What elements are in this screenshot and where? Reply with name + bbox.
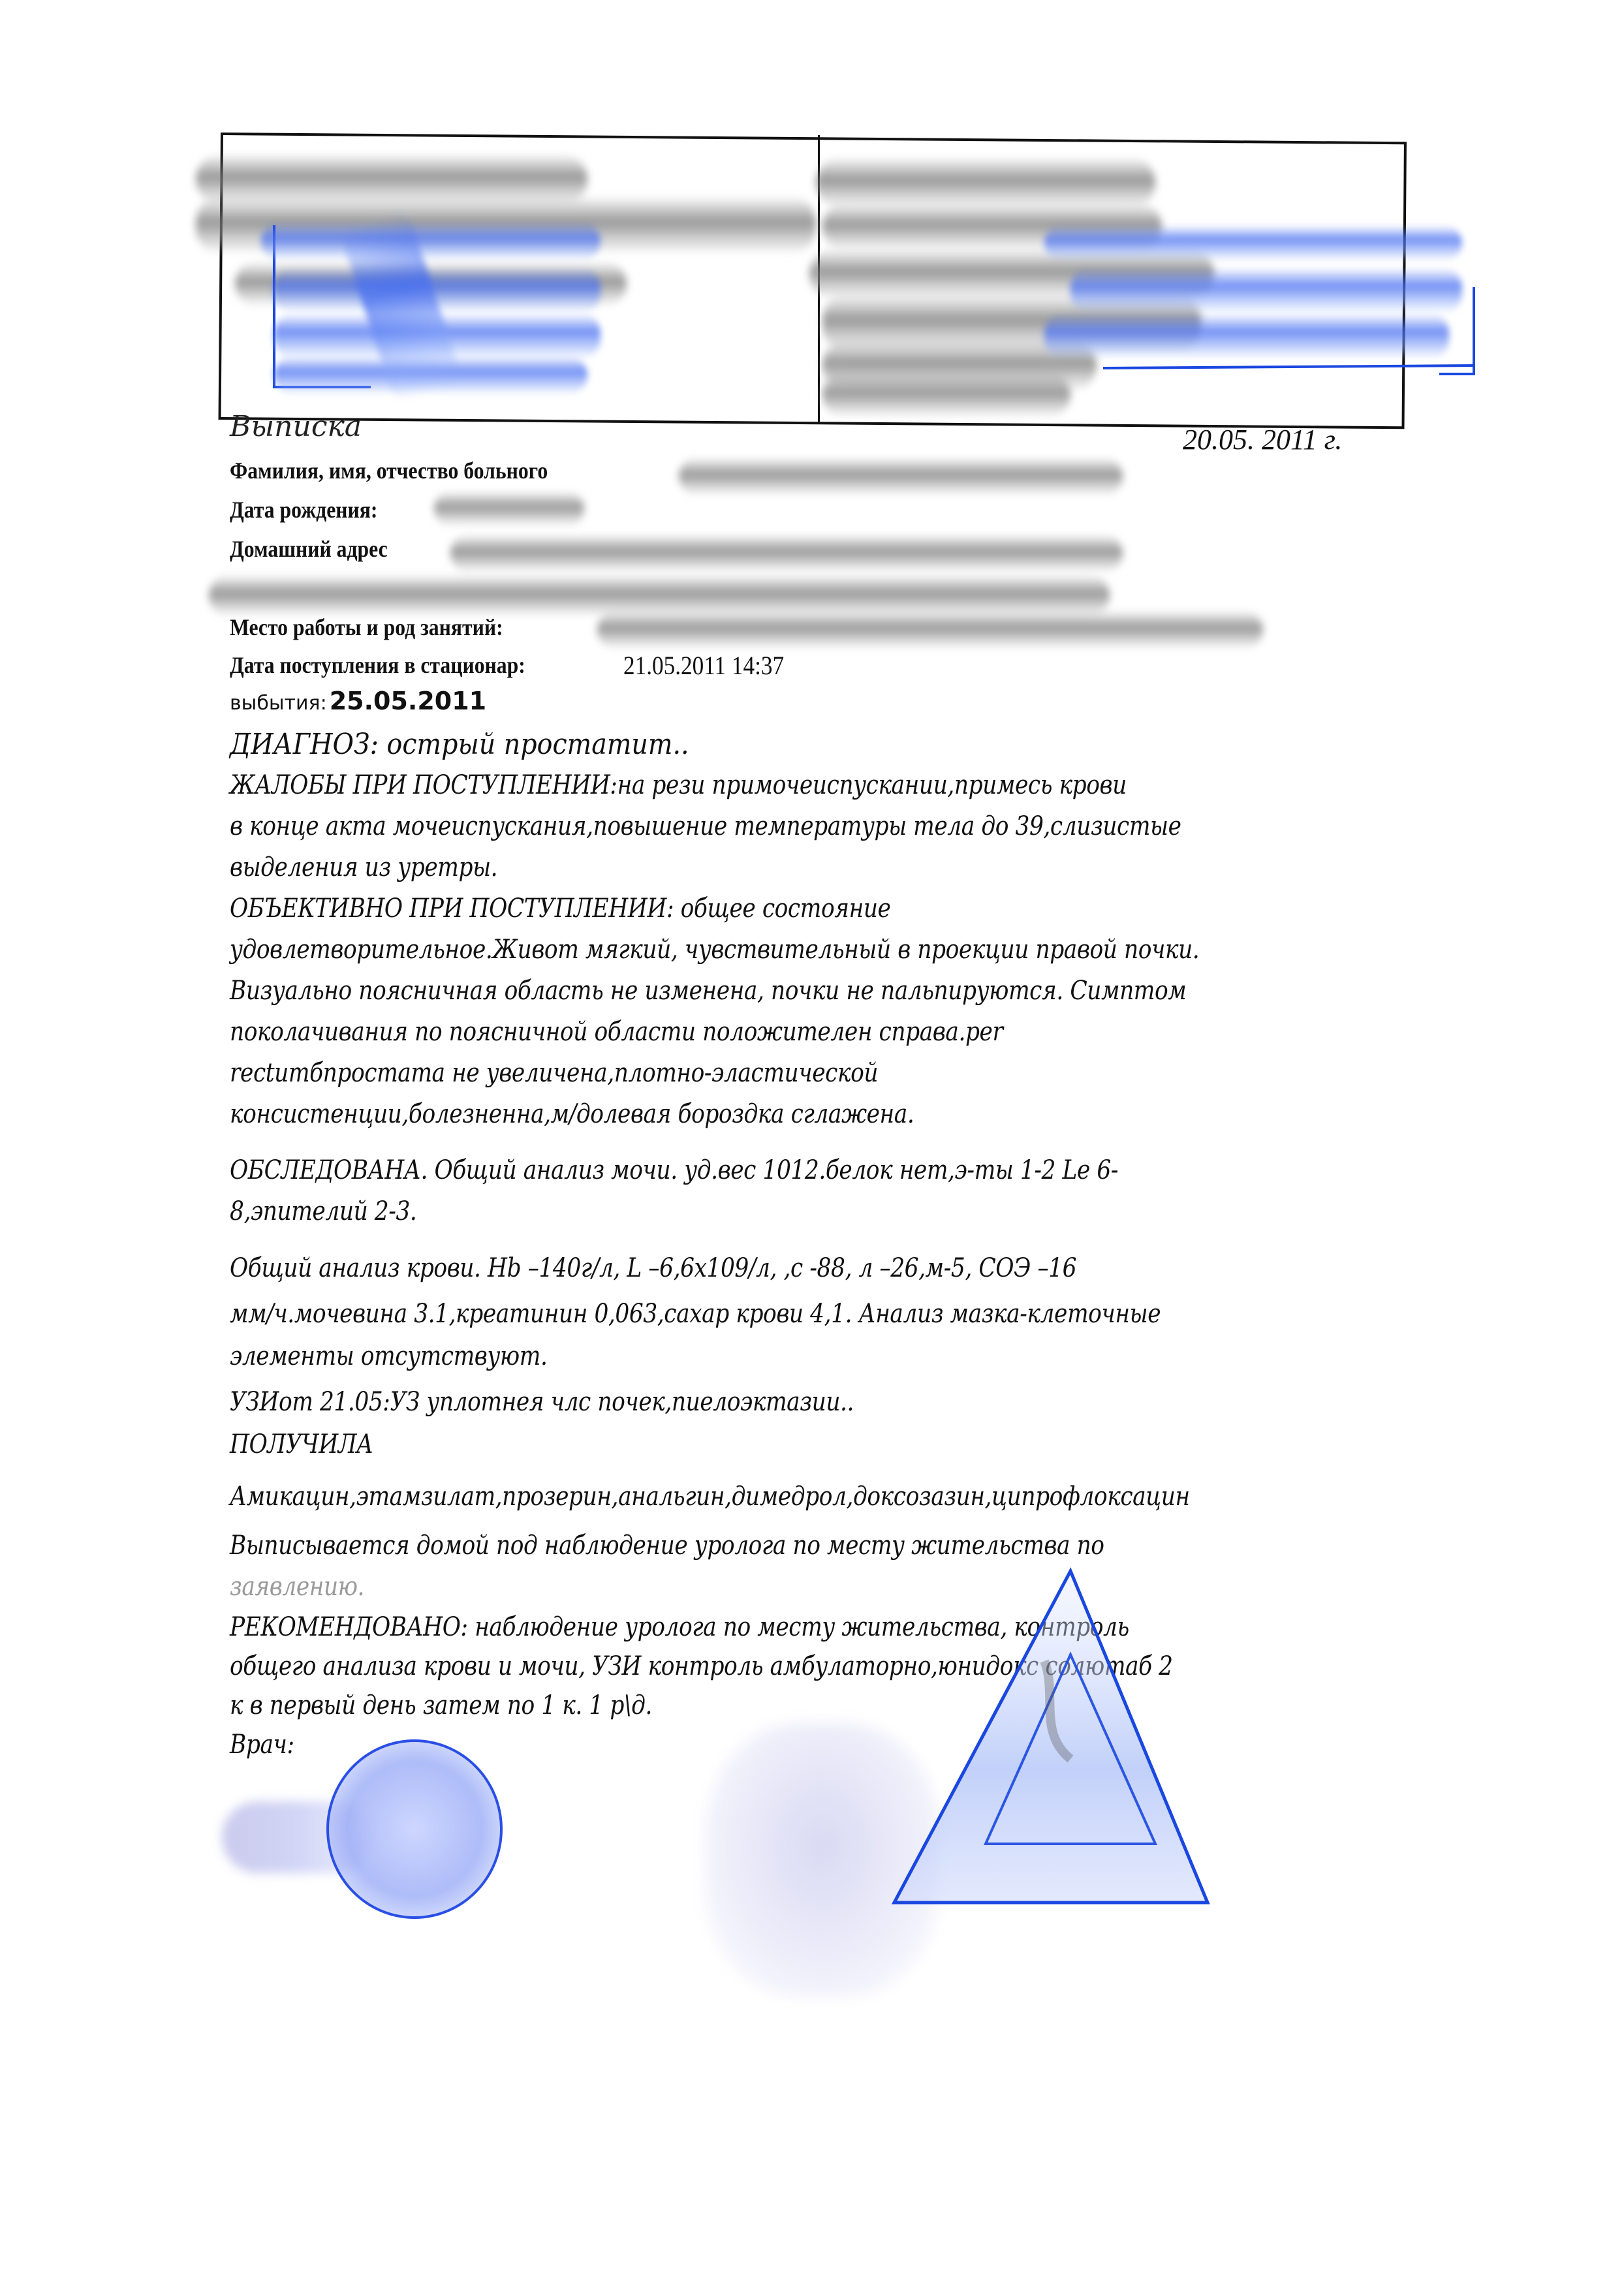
- issue-date: 20.05. 2011 г.: [1183, 423, 1342, 456]
- admission-row: Дата поступления в стационар:: [230, 651, 566, 679]
- round-stamp-icon: [326, 1739, 503, 1919]
- body-line: Выписывается домой под наблюдение уролог…: [230, 1531, 1104, 1561]
- body-line: в конце акта мочеиспускания,повышение те…: [230, 811, 1181, 841]
- discharge-label: выбытия:: [230, 692, 327, 715]
- address-redaction-1: [450, 534, 1123, 573]
- body-line: УЗИот 21.05:УЗ уплотнея члс почек,пиелоэ…: [230, 1387, 854, 1417]
- body-line: ОБСЛЕДОВАНА. Общий анализ мочи. уд.вес 1…: [230, 1155, 1118, 1185]
- full-name-label: Фамилия, имя, отчество больного: [230, 457, 548, 484]
- redaction-header-right-1: [816, 157, 1155, 209]
- birth-date-redaction: [434, 491, 584, 527]
- body-line: ЖАЛОБЫ ПРИ ПОСТУПЛЕНИИ:на рези примочеис…: [230, 770, 1127, 800]
- body-line: заявлению.: [230, 1572, 364, 1602]
- body-line: элементы отсутствуют.: [230, 1341, 547, 1371]
- discharge-row: выбытия: 25.05.2011: [230, 687, 486, 715]
- body-line: удовлетворительное.Живот мягкий, чувстви…: [230, 935, 1199, 965]
- redaction-blue-right-1: [1044, 225, 1462, 261]
- discharge-value: 25.05.2011: [330, 687, 486, 715]
- body-line: мм/ч.мочевина 3.1,креатинин 0,063,сахар …: [230, 1299, 1161, 1329]
- body-line: Общий анализ крови. Hb –140г/л, L –6,6х1…: [230, 1253, 1076, 1283]
- body-line: ПОЛУЧИЛА: [230, 1429, 373, 1459]
- redaction-blue-right-2: [1070, 268, 1462, 313]
- body-line: rectumбпростата не увеличена,плотно-элас…: [230, 1058, 878, 1088]
- doctor-label: Врач:: [230, 1730, 294, 1760]
- redaction-blue-right-3: [1044, 313, 1449, 359]
- body-line: 8,эпителий 2-3.: [230, 1196, 416, 1226]
- body-line: поколачивания по поясничной области поло…: [230, 1017, 1003, 1047]
- blue-stamp-right: [1439, 287, 1475, 375]
- triangle-stamp-icon: [881, 1563, 1234, 1929]
- full-name-redaction: [679, 457, 1123, 496]
- birth-date-label: Дата рождения:: [230, 496, 377, 523]
- workplace-redaction: [597, 610, 1263, 649]
- workplace-label: Место работы и род занятий:: [230, 614, 503, 641]
- document-title: Выписка: [230, 410, 362, 443]
- admission-label: Дата поступления в стационар:: [230, 651, 525, 679]
- redaction-blue-left-1: [261, 222, 601, 261]
- body-line: выделения из уретры.: [230, 852, 497, 882]
- admission-value: 21.05.2011 14:37: [623, 650, 784, 681]
- body-line: к в первый день затем по 1 к. 1 р\д.: [230, 1690, 652, 1720]
- body-line: Амикацин,этамзилат,прозерин,анальгин,дим…: [230, 1482, 1190, 1512]
- body-line: консистенции,болезненна,м/долевая борозд…: [230, 1099, 914, 1129]
- body-line: Визуально поясничная область не изменена…: [230, 976, 1186, 1006]
- redaction-header-right-6: [822, 372, 1070, 418]
- diagnosis-line: ДИАГНОЗ: острый простатит..: [230, 728, 689, 761]
- body-line: ОБЪЕКТИВНО ПРИ ПОСТУПЛЕНИИ: общее состоя…: [230, 894, 890, 924]
- address-label: Домашний адрес: [230, 535, 388, 563]
